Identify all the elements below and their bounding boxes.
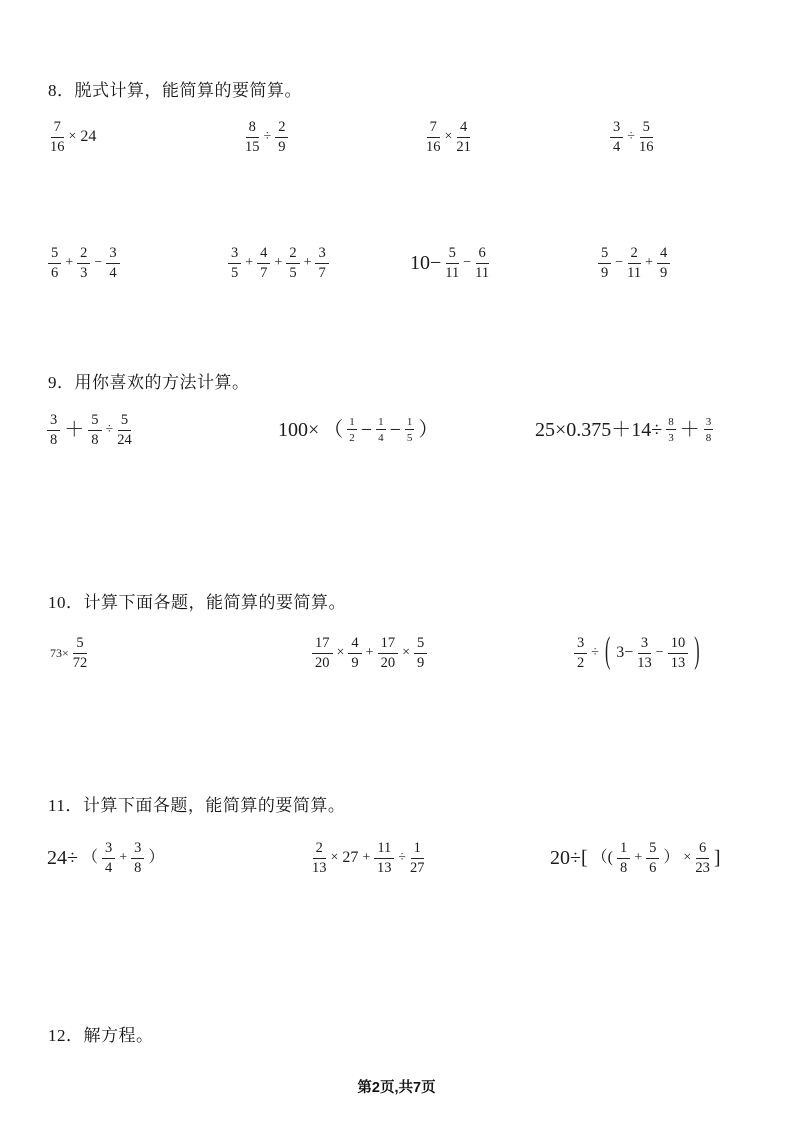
math-token: 20÷[ bbox=[550, 848, 588, 868]
fraction: 59 bbox=[598, 246, 611, 281]
fraction: 313 bbox=[637, 636, 652, 671]
fraction: 524 bbox=[117, 413, 132, 448]
q11-expression-2: 213×27+1113÷127 bbox=[310, 832, 426, 884]
q10-expression-2: 1720×49+1720×59 bbox=[310, 627, 429, 679]
math-token: × bbox=[445, 130, 453, 144]
math-token: 24 bbox=[80, 129, 96, 145]
fraction: 58 bbox=[88, 413, 101, 448]
fraction: 716 bbox=[50, 120, 65, 155]
fraction: 23 bbox=[77, 246, 90, 281]
fraction: 572 bbox=[73, 636, 88, 671]
fraction: 1720 bbox=[378, 636, 399, 671]
math-token: − bbox=[615, 256, 623, 270]
math-token: + bbox=[304, 256, 312, 270]
q8-row2-expression-4: 59−211+49 bbox=[596, 237, 672, 289]
math-token: 27 bbox=[342, 850, 358, 866]
fraction: 37 bbox=[315, 246, 328, 281]
fraction: 18 bbox=[617, 841, 630, 876]
math-token: ） bbox=[418, 420, 438, 440]
fraction: 29 bbox=[275, 120, 288, 155]
q8-row1-expression-3: 716×421 bbox=[424, 111, 473, 163]
fraction: 611 bbox=[475, 246, 489, 281]
math-token: 3− bbox=[616, 645, 633, 661]
math-token: ） bbox=[148, 850, 164, 866]
q8-row2-expression-3: 10−511−611 bbox=[408, 237, 491, 289]
math-token: 100× bbox=[278, 420, 319, 440]
question-9-title: 9．用你喜欢的方法计算。 bbox=[48, 372, 250, 394]
math-token: × bbox=[402, 646, 410, 660]
math-token: ÷ bbox=[398, 851, 406, 865]
math-token: ＋ bbox=[64, 420, 84, 440]
math-token: ( bbox=[605, 635, 610, 672]
fraction: 35 bbox=[228, 246, 241, 281]
fraction: 38 bbox=[131, 841, 144, 876]
fraction: 15 bbox=[405, 417, 415, 444]
fraction: 56 bbox=[646, 841, 659, 876]
question-12-title: 12．解方程。 bbox=[48, 1025, 154, 1047]
math-token: 25×0.375＋14÷ bbox=[535, 420, 662, 440]
fraction: 83 bbox=[666, 417, 676, 444]
q8-row1-expression-4: 34÷516 bbox=[608, 111, 655, 163]
q10-expression-3: 32÷(3−313−1013) bbox=[572, 627, 704, 679]
fraction: 34 bbox=[106, 246, 119, 281]
math-token: （( bbox=[592, 850, 613, 866]
fraction: 516 bbox=[639, 120, 654, 155]
math-token: + bbox=[634, 851, 642, 865]
question-10-title: 10．计算下面各题，能简算的要简算。 bbox=[48, 592, 346, 614]
math-token: + bbox=[119, 851, 127, 865]
q10-expression-1: 73×572 bbox=[48, 627, 89, 679]
math-token: + bbox=[245, 256, 253, 270]
math-token: （ bbox=[323, 420, 343, 440]
math-token: − bbox=[656, 646, 664, 660]
fraction: 1013 bbox=[668, 636, 689, 671]
worksheet-page: 8．脱式计算，能简算的要简算。 716×24 815÷29 716×421 34… bbox=[0, 0, 793, 1122]
math-token: + bbox=[366, 646, 374, 660]
q11-expression-3: 20÷[（(18+56）×623] bbox=[548, 832, 722, 884]
fraction: 213 bbox=[312, 841, 327, 876]
fraction: 47 bbox=[257, 246, 270, 281]
q9-expression-3: 25×0.375＋14÷83＋38 bbox=[533, 404, 715, 456]
fraction: 38 bbox=[47, 413, 60, 448]
q9-expression-1: 38＋58÷524 bbox=[45, 404, 134, 456]
fraction: 49 bbox=[348, 636, 361, 671]
math-token: ÷ bbox=[264, 130, 272, 144]
fraction: 34 bbox=[102, 841, 115, 876]
page-footer: 第2页,共7页 bbox=[0, 1076, 793, 1097]
math-token: + bbox=[645, 256, 653, 270]
fraction: 32 bbox=[574, 636, 587, 671]
math-token: ＋ bbox=[680, 420, 700, 440]
q9-expression-2: 100×（12−14−15） bbox=[276, 404, 440, 456]
math-token: × bbox=[337, 646, 345, 660]
q11-expression-1: 24÷（34+38） bbox=[45, 832, 166, 884]
fraction: 1720 bbox=[312, 636, 333, 671]
math-token: ） bbox=[663, 850, 679, 866]
math-token: （ bbox=[82, 850, 98, 866]
fraction: 511 bbox=[445, 246, 459, 281]
math-token: ] bbox=[714, 848, 721, 868]
question-8-title: 8．脱式计算，能简算的要简算。 bbox=[48, 80, 302, 102]
math-token: − bbox=[463, 256, 471, 270]
math-token: 24÷ bbox=[47, 848, 78, 868]
math-token: ÷ bbox=[627, 130, 635, 144]
fraction: 421 bbox=[456, 120, 471, 155]
fraction: 56 bbox=[48, 246, 61, 281]
math-token: + bbox=[65, 256, 73, 270]
math-token: − bbox=[361, 420, 372, 440]
math-token: ) bbox=[694, 635, 699, 672]
math-token: − bbox=[390, 420, 401, 440]
math-token: + bbox=[274, 256, 282, 270]
fraction: 25 bbox=[286, 246, 299, 281]
fraction: 716 bbox=[426, 120, 441, 155]
q8-row1-expression-1: 716×24 bbox=[48, 111, 98, 163]
math-token: 73× bbox=[50, 647, 69, 659]
fraction: 211 bbox=[627, 246, 641, 281]
fraction: 49 bbox=[657, 246, 670, 281]
math-token: + bbox=[362, 851, 370, 865]
q8-row2-expression-2: 35+47+25+37 bbox=[226, 237, 331, 289]
fraction: 12 bbox=[347, 417, 357, 444]
fraction: 34 bbox=[610, 120, 623, 155]
q8-row2-expression-1: 56+23−34 bbox=[46, 237, 122, 289]
fraction: 623 bbox=[695, 841, 710, 876]
question-11-title: 11．计算下面各题，能简算的要简算。 bbox=[48, 795, 345, 817]
math-token: ÷ bbox=[106, 423, 114, 437]
math-token: × bbox=[331, 851, 339, 865]
math-token: × bbox=[69, 130, 77, 144]
math-token: 10− bbox=[410, 253, 441, 273]
fraction: 14 bbox=[376, 417, 386, 444]
q8-row1-expression-2: 815÷29 bbox=[243, 111, 290, 163]
fraction: 38 bbox=[704, 417, 714, 444]
fraction: 59 bbox=[414, 636, 427, 671]
fraction: 127 bbox=[410, 841, 425, 876]
math-token: × bbox=[683, 851, 691, 865]
fraction: 815 bbox=[245, 120, 260, 155]
math-token: − bbox=[94, 256, 102, 270]
fraction: 1113 bbox=[374, 841, 394, 876]
math-token: ÷ bbox=[591, 646, 599, 660]
